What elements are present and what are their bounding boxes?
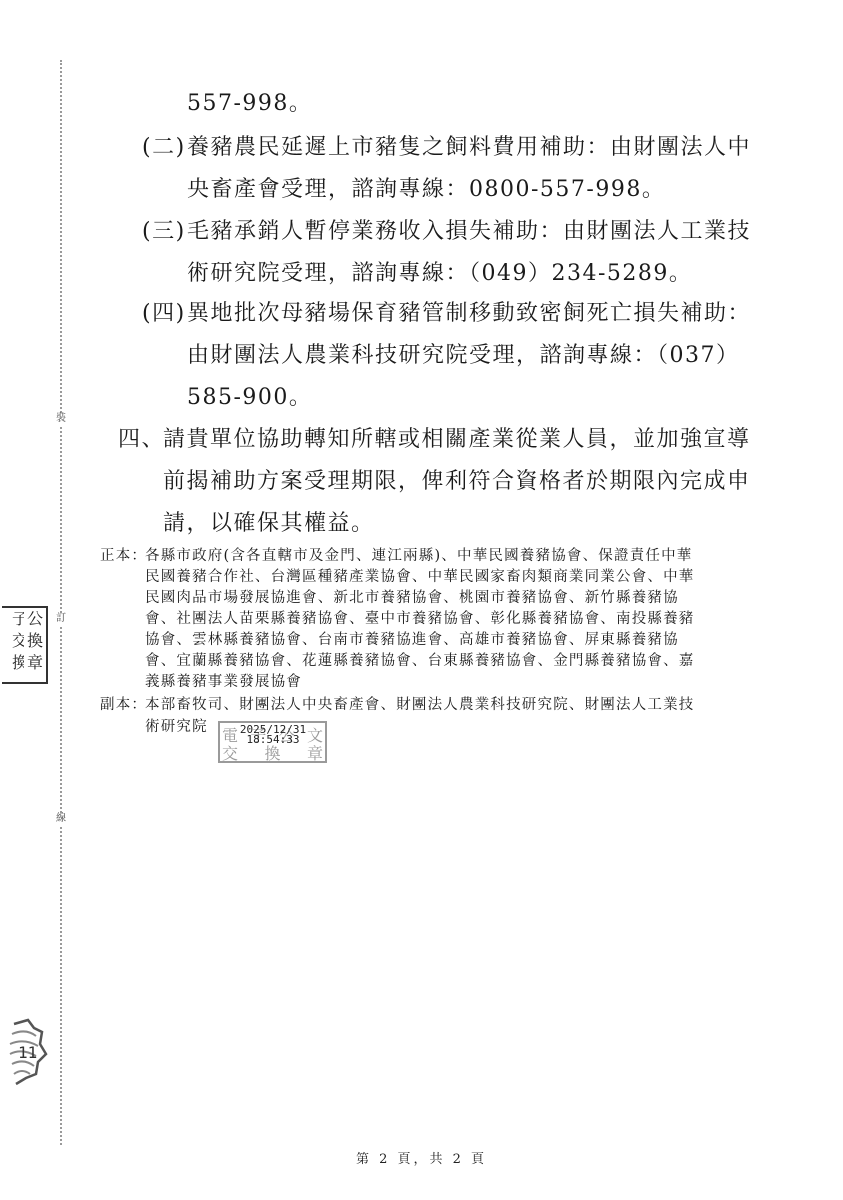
- section-four-line-1: 請貴單位協助轉知所轄或相關產業從業人員，並加強宣導: [163, 426, 751, 454]
- continuation-line: 557-998。: [187, 90, 312, 118]
- copy-recipients-line: 術研究院: [145, 717, 208, 738]
- section-four-line-3: 請，以確保其權益。: [163, 510, 375, 538]
- stamp-char: 章: [307, 741, 323, 764]
- binding-label-xian: 線: [56, 813, 66, 825]
- seal-char: 換: [24, 630, 46, 652]
- item-2-line-2: 央畜產會受理，諮詢專線：0800-557-998。: [187, 176, 665, 204]
- seal-char: 換: [12, 652, 24, 674]
- stamp-time: 18:54:33: [238, 735, 308, 745]
- item-3-marker: (三): [142, 218, 186, 246]
- item-3-line-2: 術研究院受理，諮詢專線：（049）234-5289。: [187, 260, 692, 288]
- original-recipients-line: 協會、雲林縣養豬協會、台南市養豬協進會、高雄市養豬協會、屏東縣養豬協: [145, 630, 679, 651]
- section-four-marker: 四、: [118, 426, 165, 454]
- item-4-line-1: 異地批次母豬場保育豬管制移動致密飼死亡損失補助：: [187, 300, 751, 328]
- binding-dotted-line: [60, 60, 63, 1145]
- item-4-line-2: 由財團法人農業科技研究院受理，諮詢專線：（037）: [187, 342, 740, 370]
- item-4-line-3: 585-900。: [187, 384, 312, 412]
- seal-char: 章: [24, 652, 46, 674]
- stamp-number: 11: [18, 1043, 37, 1062]
- copy-recipients-label: 副本：: [100, 695, 147, 716]
- original-recipients-line: 民國肉品市場發展協進會、新北市養豬協會、桃園市養豬協會、新竹縣養豬協: [145, 588, 679, 609]
- stamp-datetime: 2025/12/31 18:54:33: [238, 725, 308, 745]
- seal-char: 交: [12, 630, 24, 652]
- copy-recipients-line: 本部畜牧司、財團法人中央畜產會、財團法人農業科技研究院、財團法人工業技: [145, 695, 695, 716]
- item-4-marker: (四): [142, 300, 186, 328]
- original-recipients-line: 會、宜蘭縣養豬協會、花蓮縣養豬協會、台東縣養豬協會、金門縣養豬協會、嘉: [145, 651, 695, 672]
- item-2-marker: (二): [142, 134, 186, 162]
- seal-char: 公: [24, 608, 46, 630]
- section-four-line-2: 前揭補助方案受理期限，俾利符合資格者於期限內完成申: [163, 468, 751, 496]
- stamp-char: 交: [222, 741, 238, 764]
- seal-char: 子: [12, 608, 24, 630]
- original-recipients-line: 會、社團法人苗栗縣養豬協會、臺中市養豬協會、彰化縣養豬協會、南投縣養豬: [145, 609, 695, 630]
- page-number-footer: 第 2 頁，共 2 頁: [0, 1148, 843, 1167]
- binding-label-ding: 訂: [56, 613, 66, 625]
- electronic-exchange-stamp: 電 子 公 文 交 換 章 2025/12/31 18:54:33: [218, 721, 327, 763]
- binding-label-zhuang: 裝: [56, 413, 66, 425]
- original-recipients-line: 義縣養豬事業發展協會: [145, 672, 302, 693]
- item-2-line-1: 養豬農民延遲上市豬隻之飼料費用補助：由財團法人中: [187, 134, 751, 162]
- original-recipients-line: 各縣市政府(含各直轄市及金門、連江兩縣)、中華民國養豬協會、保證責任中華: [145, 546, 693, 567]
- item-3-line-1: 毛豬承銷人暫停業務收入損失補助：由財團法人工業技: [187, 218, 751, 246]
- document-page: 裝 訂 線 子 交 換 公 換 章 11 557-998。 (二) 養豬農民延遲…: [0, 0, 843, 1200]
- exchange-seal-icon: 子 交 換 公 換 章: [2, 606, 48, 684]
- original-recipients-line: 民國養豬合作社、台灣區種豬產業協會、中華民國家畜肉類商業同業公會、中華: [145, 567, 695, 588]
- official-seal-stamp-icon: 11: [6, 1018, 50, 1086]
- original-recipients-label: 正本：: [100, 546, 147, 567]
